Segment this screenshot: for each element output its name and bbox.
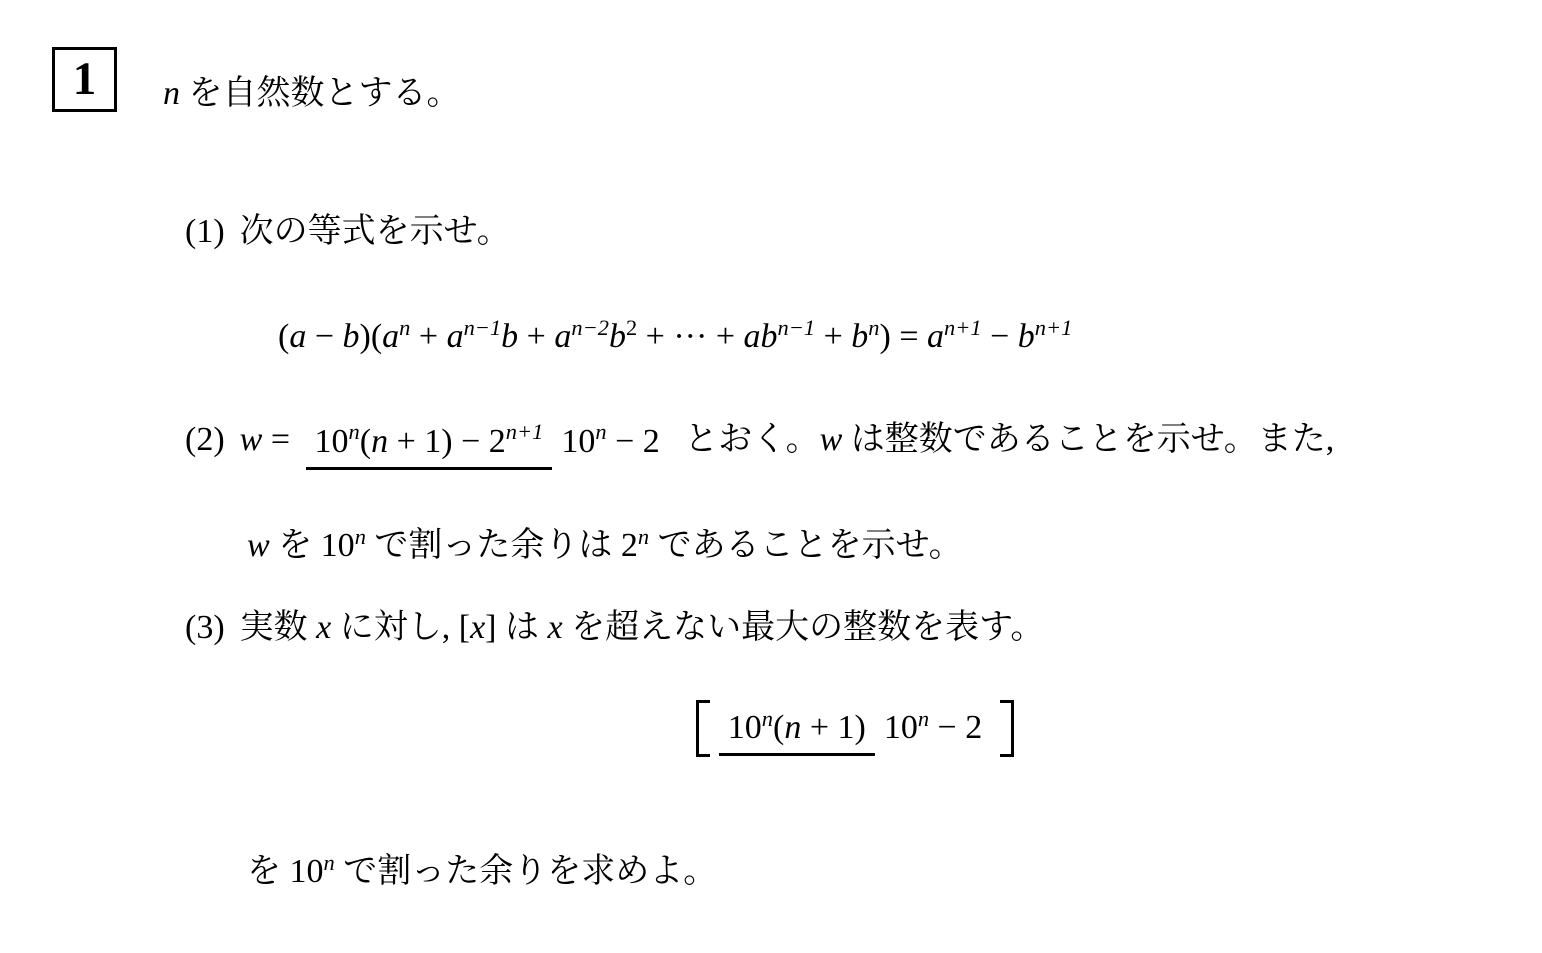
math-token: n (355, 524, 366, 549)
part2-label: (2) (185, 421, 225, 458)
part3-line: (3)実数 x に対し, [x] は x を超えない最大の整数を表す。 (185, 606, 1044, 650)
math-token: w (247, 527, 270, 564)
math-token: ( (360, 423, 371, 460)
math-token: a (382, 318, 399, 355)
math-token: x (316, 609, 331, 646)
math-token: b (851, 318, 868, 355)
math-token: 10 (561, 423, 595, 460)
math-token: 10 (884, 709, 918, 746)
math-token: − 2 (929, 709, 982, 746)
math-token: b (609, 318, 626, 355)
problem-number: 1 (73, 56, 97, 103)
floor-expression: 10n(n + 1)10n − 2 (696, 700, 1014, 757)
part1-line: (1)次の等式を示せ。 (185, 210, 511, 254)
problem-number-box: 1 (52, 47, 117, 112)
text-token: は整数であることを示せ。また, (842, 421, 1334, 458)
fraction: 10n(n + 1)10n − 2 (719, 708, 991, 749)
math-token: 10 (315, 423, 349, 460)
part2-line: (2)w = 10n(n + 1) − 2n+110n − 2 とおく。w は整… (185, 418, 1515, 463)
exam-page: 1 n を自然数とする。 (1)次の等式を示せ。 (a − b)(an + an… (0, 0, 1542, 953)
math-token: ( (278, 318, 289, 355)
math-token: n (638, 524, 649, 549)
part3-label: (3) (185, 609, 225, 646)
fraction-denominator: 10n − 2 (875, 702, 991, 748)
part1-prompt: 次の等式を示せ。 (240, 213, 511, 250)
math-token: n+1 (944, 315, 982, 340)
math-token: n (349, 419, 360, 444)
math-token: + ··· + (637, 318, 743, 355)
math-token: − 2 (607, 423, 660, 460)
text-token: で割った余りは 2 (366, 527, 638, 564)
math-token: b (1018, 318, 1035, 355)
closing-line: を 10n で割った余りを求めよ。 (247, 850, 717, 894)
math-token: n (868, 315, 879, 340)
text-token: で割った余りを求めよ。 (335, 853, 718, 890)
text-token: とおく。 (676, 421, 820, 458)
math-token: a (927, 318, 944, 355)
math-token: 2 (626, 315, 637, 340)
text-token: 実数 (240, 609, 317, 646)
math-token: w (240, 421, 263, 458)
math-token: n (399, 315, 410, 340)
math-token: n−1 (464, 315, 502, 340)
math-token: = (262, 421, 298, 458)
math-token: a (289, 318, 306, 355)
math-token: x (548, 609, 563, 646)
part3-display-formula: 10n(n + 1)10n − 2 (185, 700, 1525, 769)
math-token: − (982, 318, 1018, 355)
math-token: + 1) (801, 709, 866, 746)
math-token: n (371, 423, 388, 460)
big-bracket-left (696, 700, 710, 757)
fraction-denominator: 10n − 2 (552, 416, 668, 462)
math-token: b (501, 318, 518, 355)
math-token: n−1 (778, 315, 816, 340)
fraction: 10n(n + 1) − 2n+110n − 2 (306, 422, 669, 463)
part2-continuation: w を 10n で割った余りは 2n であることを示せ。 (247, 524, 963, 568)
math-token: b (343, 318, 360, 355)
math-token: n+1 (506, 419, 544, 444)
math-token: + 1) − 2 (388, 423, 506, 460)
math-token: n+1 (1035, 315, 1073, 340)
part1-label: (1) (185, 213, 225, 250)
text-token: に対し, [ (331, 609, 470, 646)
math-token: + (815, 318, 851, 355)
math-token: ( (773, 709, 784, 746)
text-token: であることを示せ。 (649, 527, 962, 564)
text-token: ] は (485, 609, 547, 646)
text-token: を自然数とする。 (180, 75, 461, 112)
math-token: a (554, 318, 571, 355)
part1-formula: (a − b)(an + an−1b + an−2b2 + ··· + abn−… (278, 312, 1072, 361)
fraction-numerator: 10n(n + 1) − 2n+1 (306, 421, 553, 470)
math-token: w (820, 421, 843, 458)
math-token: n−2 (571, 315, 609, 340)
math-token: − (306, 318, 342, 355)
big-bracket-right (1000, 700, 1014, 757)
math-token: n (163, 75, 180, 112)
math-token: + (518, 318, 554, 355)
math-token: + (410, 318, 446, 355)
math-token: )( (360, 318, 383, 355)
math-token: n (595, 419, 606, 444)
math-token: ) = (880, 318, 928, 355)
math-token: ab (744, 318, 778, 355)
text-token: を 10 (247, 853, 324, 890)
math-token: x (470, 609, 485, 646)
math-token: 10 (728, 709, 762, 746)
intro-line: n を自然数とする。 (163, 72, 461, 116)
text-token: を超えない最大の整数を表す。 (563, 609, 1045, 646)
math-token: n (784, 709, 801, 746)
math-token: n (918, 706, 929, 731)
math-token: a (447, 318, 464, 355)
math-token: n (324, 850, 335, 875)
text-token: を 10 (270, 527, 355, 564)
fraction-numerator: 10n(n + 1) (719, 707, 875, 756)
math-token: n (762, 706, 773, 731)
